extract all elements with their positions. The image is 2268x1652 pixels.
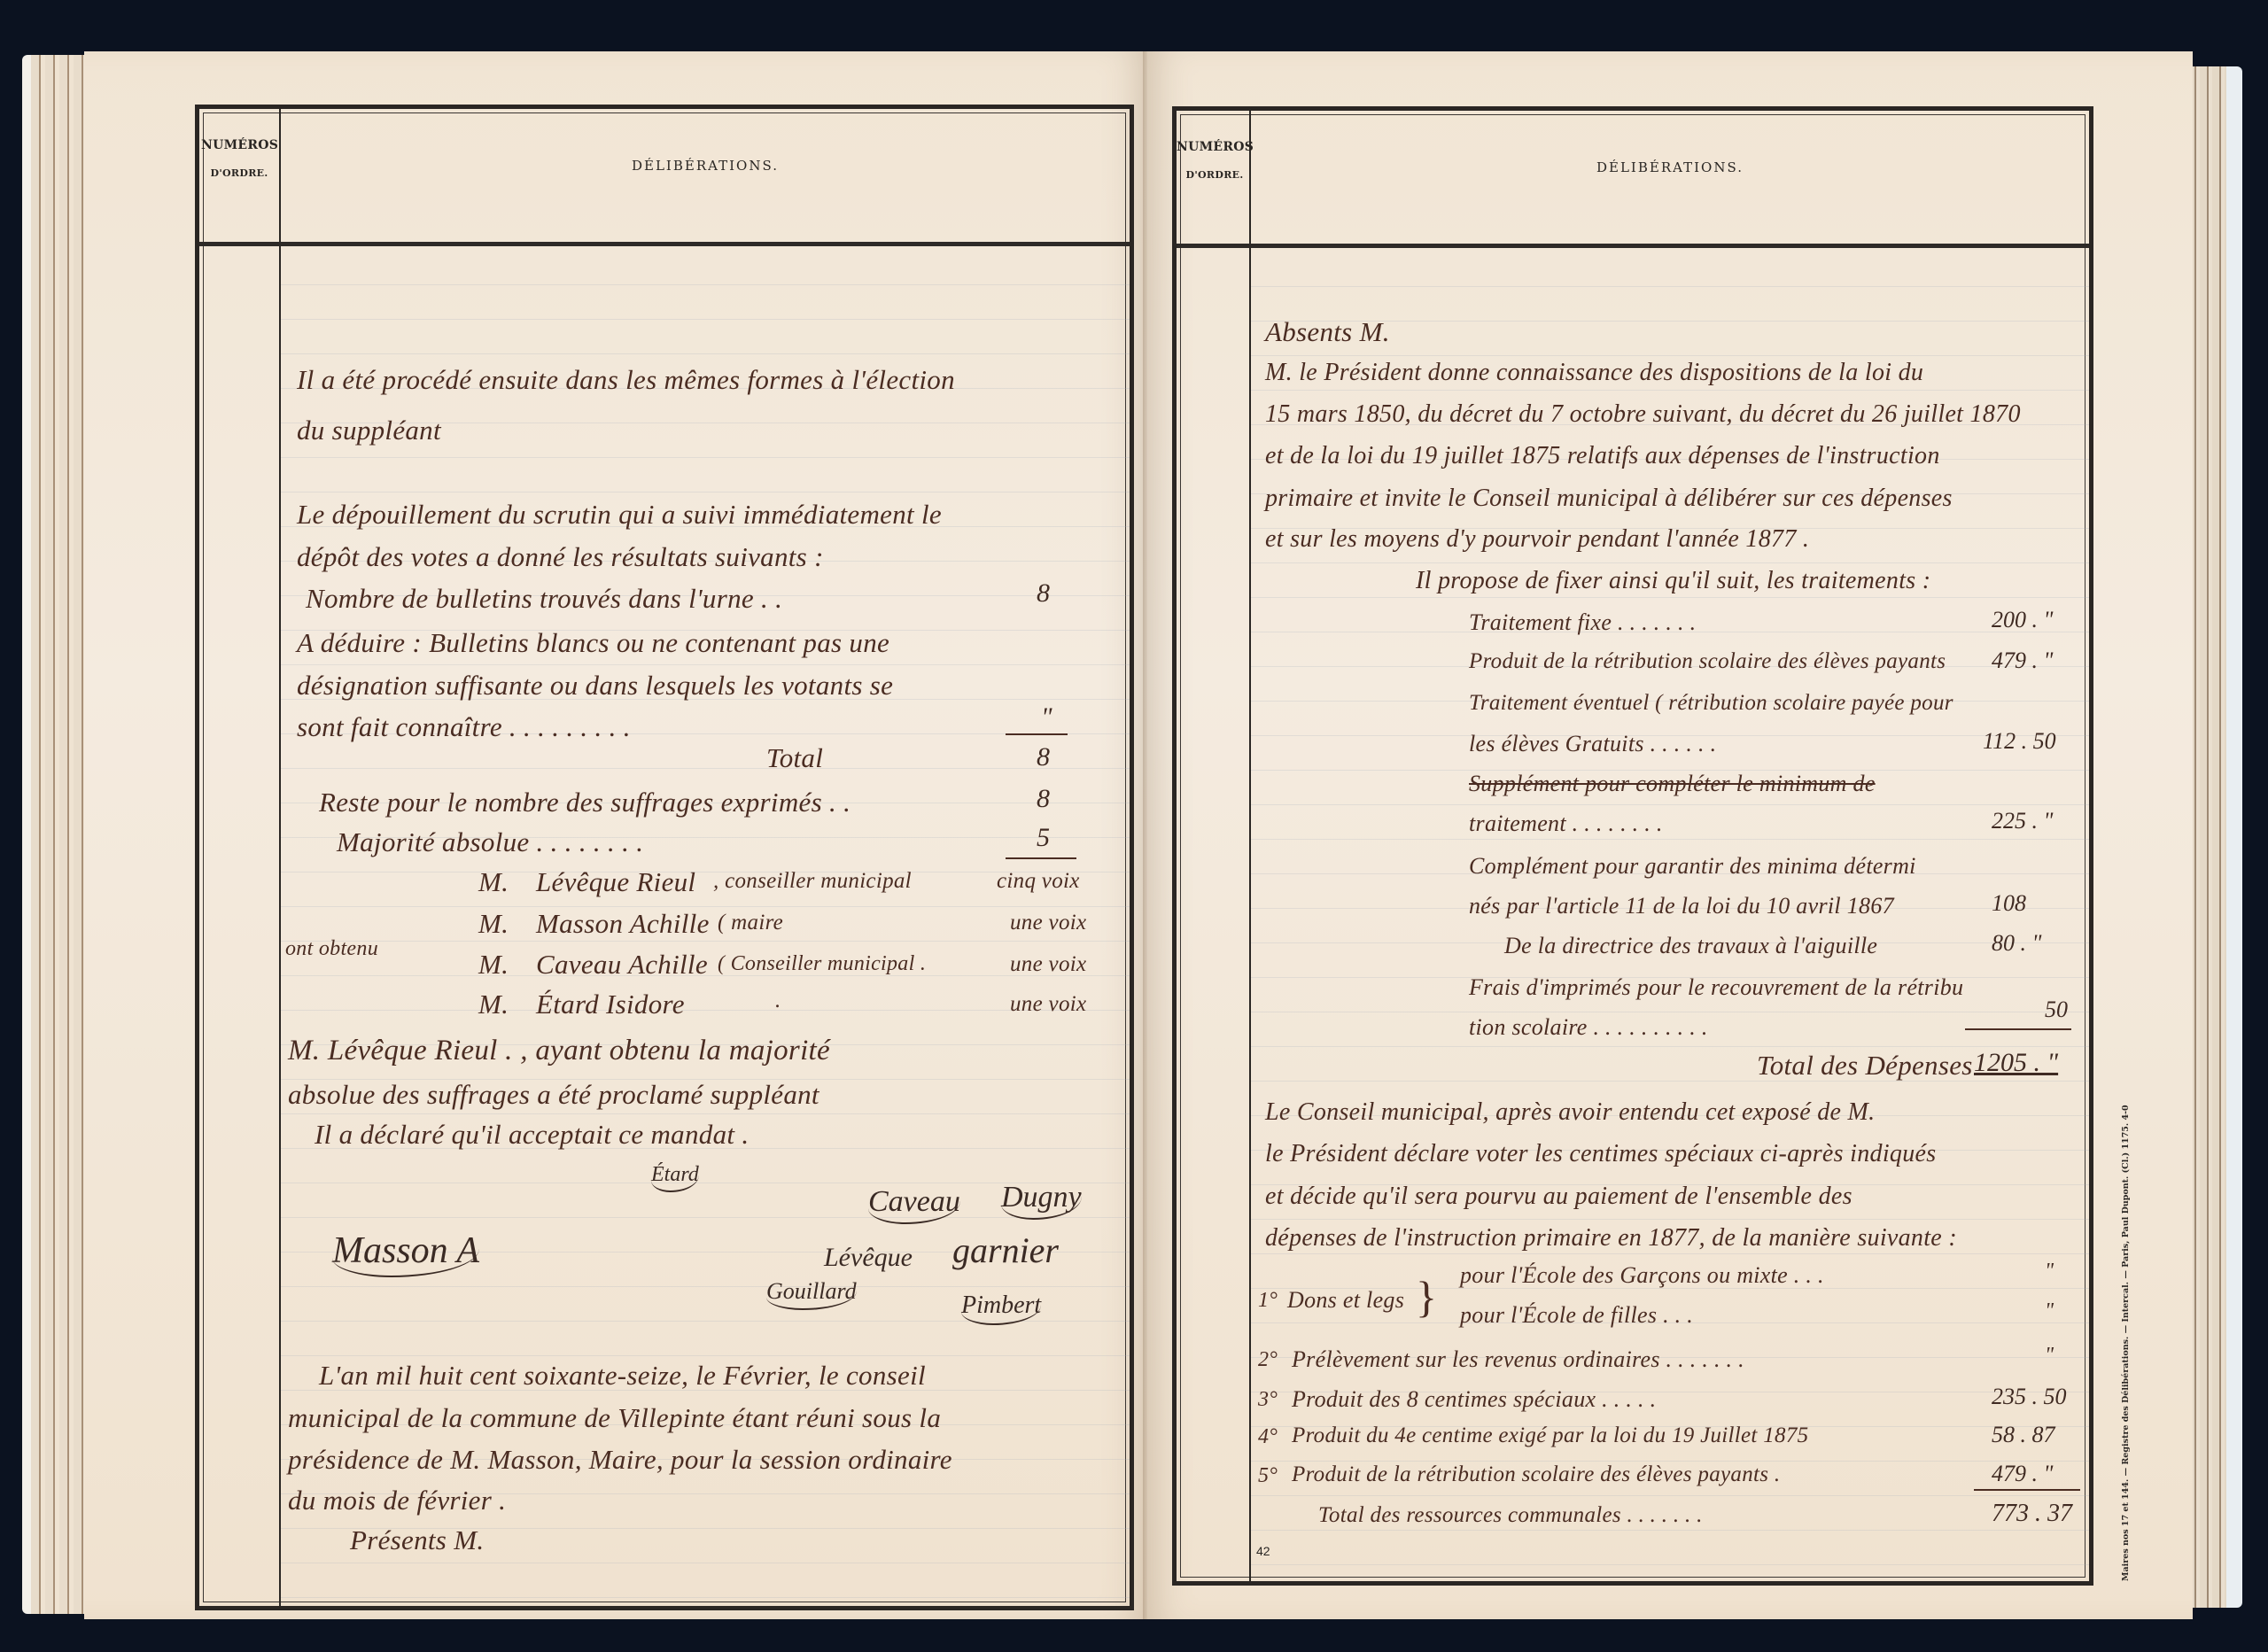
deliberations-title: DÉLIBÉRATIONS.	[281, 158, 1130, 174]
value-majorite-absolue: 5	[1037, 823, 1050, 853]
printer-imprint: Maires nos 17 et 144. — Registre des Dél…	[2121, 1105, 2131, 1581]
value-suffrages-exprimes: 8	[1037, 784, 1050, 814]
value-a-deduire: "	[1041, 702, 1052, 733]
signature: Lévêque	[824, 1243, 913, 1273]
hw-line: Majorité absolue . . . . . . . .	[337, 826, 643, 858]
printed-frame: NUMÉROS D'ORDRE. DÉLIBÉRATIONS. Il a été…	[195, 105, 1134, 1610]
header-rule	[1177, 244, 2089, 248]
hw-line: Il a été procédé ensuite dans les mêmes …	[297, 364, 955, 396]
total-ressources-amount: 773 . 37	[1992, 1500, 2072, 1528]
hw-line: du mois de février .	[288, 1485, 506, 1516]
struck-text: Supplément pour compléter le minimum de	[1469, 771, 1876, 797]
brace-glyph: }	[1416, 1271, 1437, 1322]
sum-rule	[1006, 857, 1076, 859]
dordre-label: D'ORDRE.	[201, 164, 277, 183]
hw-line: dépôt des votes a donné les résultats su…	[297, 541, 824, 573]
sum-rule	[1974, 1489, 2080, 1491]
hw-line: absolue des suffrages a été proclamé sup…	[288, 1079, 819, 1111]
candidate-name: Lévêque Rieul	[536, 866, 695, 898]
candidate-role: ( Conseiller municipal .	[718, 952, 926, 976]
hw-line: Il a déclaré qu'il acceptait ce mandat .	[315, 1119, 749, 1151]
candidate-votes: une voix	[1010, 911, 1086, 935]
hw-line: et décide qu'il sera pourvu au paiement …	[1265, 1183, 1852, 1211]
numeros-label: NUMÉROS	[201, 136, 277, 155]
hw-line: et sur les moyens d'y pourvoir pendant l…	[1265, 525, 1809, 554]
value-bulletins: 8	[1037, 578, 1050, 609]
page-number: 42	[1256, 1544, 1270, 1558]
candidate-role: , conseiller municipal	[713, 869, 912, 894]
numeros-dordre-header: NUMÉROS D'ORDRE.	[1177, 137, 1253, 185]
hw-line: L'an mil huit cent soixante-seize, le Fé…	[319, 1360, 926, 1392]
total-depenses-label: Total des Dépenses	[1757, 1050, 1973, 1082]
candidate-role: ( maire	[718, 911, 783, 935]
hw-line: sont fait connaître . . . . . . . . .	[297, 711, 631, 743]
hw-line: Il propose de fixer ainsi qu'il suit, le…	[1416, 567, 1930, 595]
hw-line: dépenses de l'instruction primaire en 18…	[1265, 1224, 1957, 1253]
hw-line: M. le Président donne connaissance des d…	[1265, 359, 1923, 387]
total-depenses-amount: 1205 . "	[1974, 1048, 2058, 1078]
numeros-dordre-header: NUMÉROS D'ORDRE.	[201, 136, 277, 183]
printed-frame: NUMÉROS D'ORDRE. DÉLIBÉRATIONS. Absents …	[1172, 106, 2093, 1586]
hw-line: Présents M.	[350, 1524, 484, 1556]
candidate-role: .	[775, 989, 781, 1013]
hw-line: présidence de M. Masson, Maire, pour la …	[288, 1444, 952, 1476]
hw-line: municipal de la commune de Villepinte ét…	[288, 1402, 941, 1434]
hw-line: le Président déclare voter les centimes …	[1265, 1140, 1936, 1168]
candidate-name: Caveau Achille	[536, 949, 708, 981]
total-ressources-label: Total des ressources communales . . . . …	[1318, 1503, 1703, 1528]
open-register-book: NUMÉROS D'ORDRE. DÉLIBÉRATIONS. Il a été…	[0, 0, 2268, 1652]
sum-rule	[1965, 1028, 2071, 1030]
numeros-label: NUMÉROS	[1177, 137, 1253, 157]
hw-line: M. Lévêque Rieul . , ayant obtenu la maj…	[288, 1035, 830, 1067]
hw-line: du suppléant	[297, 415, 441, 446]
hw-line: Absents M.	[1265, 316, 1390, 348]
hw-line: et de la loi du 19 juillet 1875 relatifs…	[1265, 442, 1940, 470]
candidate-name: Masson Achille	[536, 908, 710, 940]
hw-line: A déduire : Bulletins blancs ou ne conte…	[297, 627, 889, 659]
signature: garnier	[952, 1229, 1059, 1271]
hw-line: 15 mars 1850, du décret du 7 octobre sui…	[1265, 400, 2021, 429]
hw-line: Le Conseil municipal, après avoir entend…	[1265, 1098, 1875, 1127]
header-rule	[199, 242, 1130, 246]
value-total: 8	[1037, 742, 1050, 772]
hw-line: primaire et invite le Conseil municipal …	[1265, 485, 1953, 513]
hw-line: Reste pour le nombre des suffrages expri…	[319, 787, 850, 818]
hw-line: Le dépouillement du scrutin qui a suivi …	[297, 499, 942, 531]
signature: Masson A	[332, 1229, 479, 1277]
candidate-name: Étard Isidore	[536, 989, 685, 1020]
right-page: NUMÉROS D'ORDRE. DÉLIBÉRATIONS. Absents …	[1147, 51, 2193, 1619]
total-label: Total	[766, 742, 823, 774]
candidate-votes: une voix	[1010, 952, 1086, 977]
hw-line: Nombre de bulletins trouvés dans l'urne …	[306, 583, 782, 615]
candidate-votes: cinq voix	[997, 869, 1080, 894]
left-page: NUMÉROS D'ORDRE. DÉLIBÉRATIONS. Il a été…	[84, 51, 1147, 1619]
dordre-label: D'ORDRE.	[1177, 166, 1253, 185]
deliberations-title: DÉLIBÉRATIONS.	[1251, 159, 2089, 175]
hw-line: désignation suffisante ou dans lesquels …	[297, 670, 893, 702]
sum-rule	[1006, 733, 1068, 735]
ont-obtenu-label: ont obtenu	[285, 937, 378, 961]
candidate-votes: une voix	[1010, 992, 1086, 1017]
